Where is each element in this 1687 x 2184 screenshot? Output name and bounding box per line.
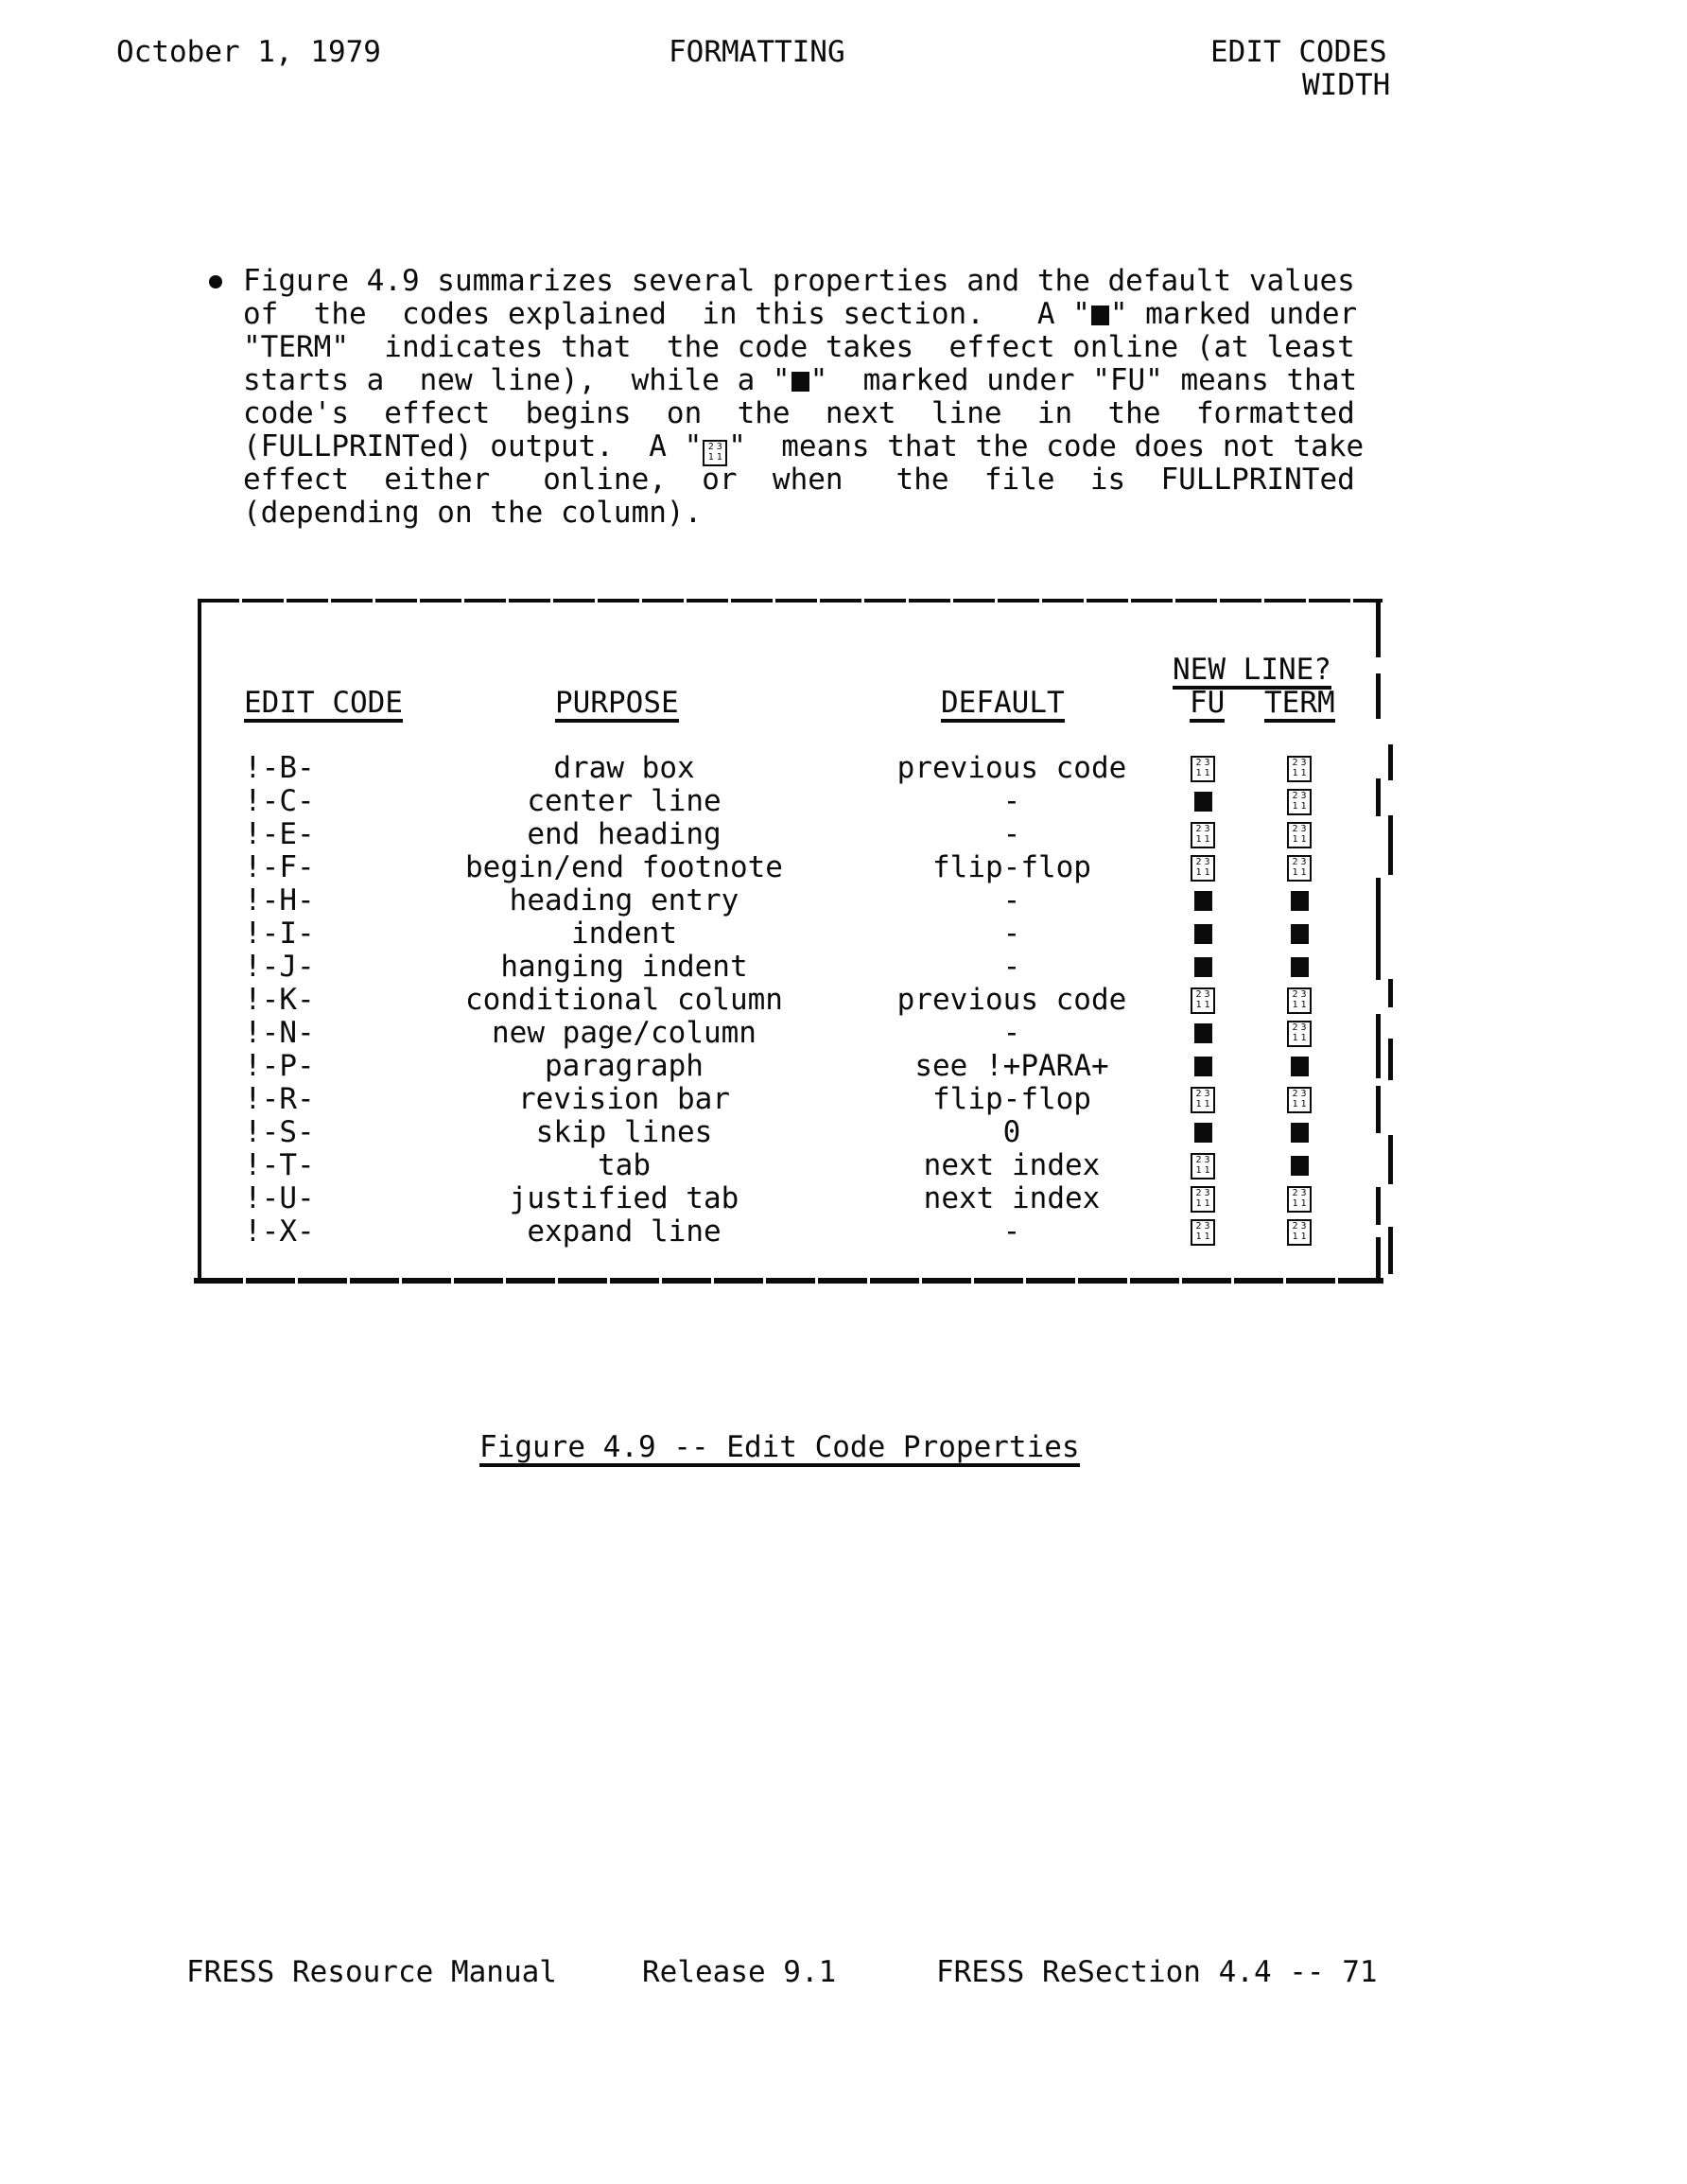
cell-term: 2311	[1261, 1182, 1337, 1215]
footer-manual-title: FRESS Resource Manual	[186, 1956, 557, 1989]
missing-glyph-box-2311: 2311	[1287, 1021, 1312, 1047]
cell-purpose: draw box	[388, 752, 861, 785]
tofu-hex-top: 23	[1289, 758, 1310, 768]
cell-term	[1261, 917, 1337, 951]
table-row: !-C-center line-2311	[0, 785, 1687, 818]
filled-square-icon	[1291, 924, 1309, 944]
missing-glyph-box-2311: 2311	[1191, 987, 1215, 1014]
cell-code: !-F-	[244, 851, 357, 884]
document-page: October 1, 1979 FORMATTING EDIT CODES WI…	[0, 0, 1687, 2184]
box-right-border-segment	[1376, 599, 1381, 657]
tofu-hex-bottom: 11	[1289, 834, 1310, 845]
cell-fu	[1165, 917, 1241, 951]
missing-glyph-box-2311: 2311	[1191, 1153, 1215, 1179]
cell-code: !-X-	[244, 1215, 357, 1249]
tofu-hex-top: 23	[1289, 824, 1310, 834]
tofu-hex-bottom: 11	[1192, 1099, 1213, 1109]
cell-purpose: expand line	[388, 1215, 861, 1249]
paragraph-line: effect either online, or when the file i…	[243, 463, 1364, 497]
missing-glyph-box-2311: 2311	[1191, 855, 1215, 882]
missing-glyph-box-2311: 2311	[1191, 1186, 1215, 1213]
cell-code: !-S-	[244, 1116, 357, 1149]
cell-default: -	[823, 818, 1201, 851]
paragraph-line: "TERM" indicates that the code takes eff…	[243, 331, 1364, 364]
cell-fu	[1165, 785, 1241, 818]
table-header-fu: FU	[1190, 686, 1225, 723]
cell-default: -	[823, 951, 1201, 984]
filled-square-icon	[1291, 1057, 1309, 1076]
cell-term: 2311	[1261, 1215, 1337, 1249]
tofu-hex-top: 23	[1289, 1089, 1310, 1099]
cell-fu: 2311	[1165, 851, 1241, 884]
tofu-hex-bottom: 11	[1289, 1033, 1310, 1043]
intro-paragraph: Figure 4.9 summarizes several properties…	[243, 265, 1364, 530]
cell-default: flip-flop	[823, 1083, 1201, 1116]
table-header-newline: NEW LINE?	[1173, 653, 1331, 690]
paragraph-line: starts a new line), while a "" marked un…	[243, 364, 1364, 397]
cell-code: !-U-	[244, 1182, 357, 1215]
tofu-hex-top: 23	[1289, 1022, 1310, 1033]
tofu-hex-bottom: 11	[1192, 1000, 1213, 1010]
table-row: !-X-expand line-23112311	[0, 1215, 1687, 1249]
table-header-default: DEFAULT	[941, 686, 1065, 723]
cell-purpose: indent	[388, 917, 861, 951]
missing-glyph-box-2311: 2311	[1287, 789, 1312, 815]
tofu-hex-bottom: 11	[1289, 1198, 1310, 1209]
filled-square-icon	[1194, 1123, 1212, 1143]
cell-default: next index	[823, 1182, 1201, 1215]
cell-code: !-N-	[244, 1017, 357, 1050]
tofu-hex-bottom: 11	[1289, 867, 1310, 878]
filled-square-icon	[791, 372, 809, 392]
tofu-hex-top: 23	[1192, 1155, 1213, 1165]
missing-glyph-box-2311: 2311	[1287, 1219, 1312, 1246]
header-right-line2: WIDTH	[1302, 69, 1390, 102]
cell-purpose: center line	[388, 785, 861, 818]
tofu-hex-top: 23	[1192, 989, 1213, 1000]
cell-term	[1261, 884, 1337, 917]
missing-glyph-box-2311: 2311	[1191, 822, 1215, 848]
cell-purpose: begin/end footnote	[388, 851, 861, 884]
table-row: !-F-begin/end footnoteflip-flop23112311	[0, 851, 1687, 884]
cell-default: -	[823, 917, 1201, 951]
tofu-hex-top: 23	[1192, 758, 1213, 768]
tofu-hex-top: 23	[1289, 1188, 1310, 1198]
cell-term	[1261, 1149, 1337, 1182]
cell-purpose: paragraph	[388, 1050, 861, 1083]
table-row: !-J-hanging indent-	[0, 951, 1687, 984]
tofu-hex-top: 23	[704, 442, 725, 452]
tofu-hex-bottom: 11	[1289, 801, 1310, 812]
cell-code: !-B-	[244, 752, 357, 785]
cell-purpose: heading entry	[388, 884, 861, 917]
paragraph-line: (FULLPRINTed) output. A "2311" means tha…	[243, 430, 1364, 463]
table-row: !-S-skip lines0	[0, 1116, 1687, 1149]
tofu-hex-bottom: 11	[1289, 768, 1310, 778]
cell-default: flip-flop	[823, 851, 1201, 884]
tofu-hex-top: 23	[1192, 824, 1213, 834]
tofu-hex-bottom: 11	[704, 452, 725, 463]
tofu-hex-top: 23	[1289, 1221, 1310, 1232]
table-row: !-P-paragraphsee !+PARA+	[0, 1050, 1687, 1083]
cell-fu	[1165, 884, 1241, 917]
tofu-hex-top: 23	[1289, 857, 1310, 867]
tofu-hex-top: 23	[1192, 1089, 1213, 1099]
filled-square-icon	[1194, 891, 1212, 911]
table-row: !-U-justified tabnext index23112311	[0, 1182, 1687, 1215]
paragraph-line: (depending on the column).	[243, 497, 1364, 530]
cell-purpose: hanging indent	[388, 951, 861, 984]
tofu-hex-bottom: 11	[1289, 1000, 1310, 1010]
cell-code: !-J-	[244, 951, 357, 984]
paragraph-line: of the codes explained in this section. …	[243, 298, 1364, 331]
header-date: October 1, 1979	[116, 36, 381, 69]
cell-code: !-C-	[244, 785, 357, 818]
table-row: !-E-end heading-23112311	[0, 818, 1687, 851]
missing-glyph-box-2311: 2311	[1287, 1186, 1312, 1213]
cell-fu: 2311	[1165, 984, 1241, 1017]
figure-caption: Figure 4.9 -- Edit Code Properties	[479, 1431, 1080, 1467]
cell-term: 2311	[1261, 785, 1337, 818]
cell-fu	[1165, 951, 1241, 984]
cell-term: 2311	[1261, 1083, 1337, 1116]
filled-square-icon	[1291, 1156, 1309, 1176]
cell-term: 2311	[1261, 1017, 1337, 1050]
tofu-hex-bottom: 11	[1192, 1198, 1213, 1209]
cell-fu: 2311	[1165, 1215, 1241, 1249]
table-row: !-B-draw boxprevious code23112311	[0, 752, 1687, 785]
table-row: !-H-heading entry-	[0, 884, 1687, 917]
filled-square-icon	[1194, 957, 1212, 977]
cell-purpose: tab	[388, 1149, 861, 1182]
cell-fu	[1165, 1050, 1241, 1083]
table-header-edit-code: EDIT CODE	[244, 686, 403, 723]
missing-glyph-box-2311: 2311	[1287, 822, 1312, 848]
cell-default: -	[823, 1215, 1201, 1249]
missing-glyph-box-2311: 2311	[1191, 1087, 1215, 1113]
filled-square-icon	[1194, 924, 1212, 944]
missing-glyph-box-2311: 2311	[1191, 1219, 1215, 1246]
tofu-hex-bottom: 11	[1289, 1232, 1310, 1242]
footer-section-page: FRESS ReSection 4.4 -- 71	[936, 1956, 1378, 1989]
cell-purpose: end heading	[388, 818, 861, 851]
paragraph-line: code's effect begins on the next line in…	[243, 397, 1364, 430]
footer-release: Release 9.1	[642, 1956, 836, 1989]
cell-code: !-T-	[244, 1149, 357, 1182]
cell-purpose: new page/column	[388, 1017, 861, 1050]
missing-glyph-box-2311: 2311	[1287, 987, 1312, 1014]
tofu-hex-bottom: 11	[1192, 768, 1213, 778]
missing-glyph-box-2311: 2311	[1287, 756, 1312, 782]
cell-term	[1261, 1116, 1337, 1149]
filled-square-icon	[1291, 891, 1309, 911]
box-top-border	[198, 599, 1383, 603]
cell-code: !-I-	[244, 917, 357, 951]
tofu-hex-bottom: 11	[1289, 1099, 1310, 1109]
filled-square-icon	[1091, 306, 1109, 325]
tofu-hex-bottom: 11	[1192, 1165, 1213, 1176]
cell-default: see !+PARA+	[823, 1050, 1201, 1083]
tofu-hex-bottom: 11	[1192, 867, 1213, 878]
table-header-term: TERM	[1264, 686, 1335, 723]
table-row: !-K-conditional columnprevious code23112…	[0, 984, 1687, 1017]
filled-square-icon	[1194, 1057, 1212, 1076]
cell-code: !-K-	[244, 984, 357, 1017]
cell-default: -	[823, 884, 1201, 917]
cell-purpose: skip lines	[388, 1116, 861, 1149]
filled-square-icon	[1194, 792, 1212, 812]
cell-default: previous code	[823, 984, 1201, 1017]
cell-purpose: revision bar	[388, 1083, 861, 1116]
box-right-border-segment	[1376, 673, 1381, 719]
filled-square-icon	[1194, 1023, 1212, 1043]
table-header-purpose: PURPOSE	[555, 686, 679, 723]
header-section-title: FORMATTING	[669, 36, 845, 69]
cell-purpose: conditional column	[388, 984, 861, 1017]
cell-default: -	[823, 1017, 1201, 1050]
cell-fu: 2311	[1165, 1149, 1241, 1182]
missing-glyph-box-2311: 2311	[1287, 855, 1312, 882]
tofu-hex-bottom: 11	[1192, 834, 1213, 845]
filled-square-icon	[1291, 957, 1309, 977]
cell-code: !-R-	[244, 1083, 357, 1116]
cell-code: !-E-	[244, 818, 357, 851]
tofu-hex-bottom: 11	[1192, 1232, 1213, 1242]
cell-code: !-P-	[244, 1050, 357, 1083]
tofu-hex-top: 23	[1192, 1221, 1213, 1232]
table-row: !-I-indent-	[0, 917, 1687, 951]
cell-fu	[1165, 1116, 1241, 1149]
cell-fu: 2311	[1165, 818, 1241, 851]
cell-term	[1261, 1050, 1337, 1083]
cell-fu: 2311	[1165, 1182, 1241, 1215]
missing-glyph-box-2311: 2311	[1287, 1087, 1312, 1113]
bullet-icon	[209, 275, 222, 288]
header-right-line1: EDIT CODES	[1210, 36, 1387, 69]
cell-fu: 2311	[1165, 1083, 1241, 1116]
cell-purpose: justified tab	[388, 1182, 861, 1215]
box-bottom-border	[194, 1278, 1383, 1284]
paragraph-line: Figure 4.9 summarizes several properties…	[243, 265, 1364, 298]
cell-default: next index	[823, 1149, 1201, 1182]
cell-default: -	[823, 785, 1201, 818]
missing-glyph-box-2311: 2311	[1191, 756, 1215, 782]
cell-fu	[1165, 1017, 1241, 1050]
cell-term: 2311	[1261, 818, 1337, 851]
cell-term: 2311	[1261, 851, 1337, 884]
cell-default: 0	[823, 1116, 1201, 1149]
filled-square-icon	[1291, 1123, 1309, 1143]
cell-term	[1261, 951, 1337, 984]
cell-default: previous code	[823, 752, 1201, 785]
cell-term: 2311	[1261, 984, 1337, 1017]
table-row: !-R-revision barflip-flop23112311	[0, 1083, 1687, 1116]
tofu-hex-top: 23	[1289, 989, 1310, 1000]
tofu-hex-top: 23	[1192, 1188, 1213, 1198]
table-row: !-N-new page/column-2311	[0, 1017, 1687, 1050]
tofu-hex-top: 23	[1192, 857, 1213, 867]
table-row: !-T-tabnext index2311	[0, 1149, 1687, 1182]
cell-fu: 2311	[1165, 752, 1241, 785]
tofu-hex-top: 23	[1289, 791, 1310, 801]
cell-code: !-H-	[244, 884, 357, 917]
cell-term: 2311	[1261, 752, 1337, 785]
